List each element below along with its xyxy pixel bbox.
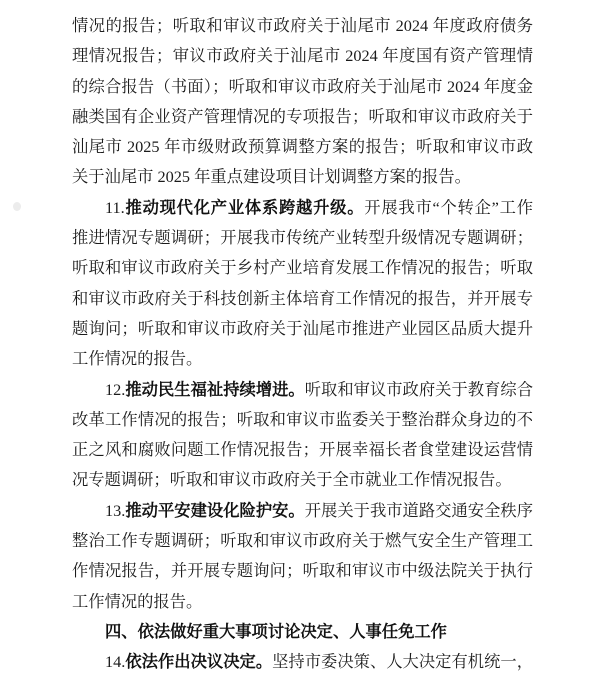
body-text: 工作情况的报告。 bbox=[72, 349, 202, 368]
text-line: 融类国有企业资产管理情况的专项报告；听取和审议市政府关于 bbox=[72, 102, 533, 132]
body-text: 听取和审议市政府关于乡村产业培育发展工作情况的报告；听取 bbox=[72, 258, 533, 277]
paragraph-item-12: 12.推动民生福祉持续增进。听取和审议市政府关于教育综合改革工作情况的报告；听取… bbox=[72, 375, 533, 496]
paragraph-reports-continuation: 情况的报告；听取和审议市政府关于汕尾市 2024 年度政府债务管理情况报告；审议… bbox=[72, 11, 533, 193]
section-heading-4: 四、依法做好重大事项讨论决定、人事任免工作 bbox=[72, 617, 533, 647]
item-number: 11. bbox=[105, 198, 125, 217]
body-text: 作情况报告，并开展专题询问；听取和审议市中级法院关于执行 bbox=[72, 561, 533, 580]
paragraph-item-13: 13.推动平安建设化险护安。开展关于我市道路交通安全秩序整治工作专题调研；听取和… bbox=[72, 496, 533, 617]
item-number: 12. bbox=[105, 380, 125, 399]
item-title: 依法作出决议决定。 bbox=[125, 652, 272, 671]
text-line: 作情况报告，并开展专题询问；听取和审议市中级法院关于执行 bbox=[72, 556, 533, 586]
body-text: 坚持市委决策、人大决定有机统一， bbox=[272, 652, 533, 671]
text-line: 关于汕尾市 2025 年重点建设项目计划调整方案的报告。 bbox=[72, 162, 533, 192]
body-text: 听取和审议市政府关于教育综合 bbox=[305, 380, 533, 399]
section-title: 四、依法做好重大事项讨论决定、人事任免工作 bbox=[105, 622, 447, 641]
body-text: 情况的报告；听取和审议市政府关于汕尾市 2024 年度政府债务管 bbox=[72, 16, 533, 41]
text-line: 和审议市政府关于科技创新主体培育工作情况的报告，并开展专 bbox=[72, 284, 533, 314]
body-text: 正之风和腐败问题工作情况报告；开展幸福长者食堂建设运营情 bbox=[72, 440, 533, 459]
item-title: 推动现代化产业体系跨越升级。 bbox=[125, 198, 365, 217]
text-line: 听取和审议市政府关于乡村产业培育发展工作情况的报告；听取 bbox=[72, 253, 533, 283]
item-title: 推动民生福祉持续增进。 bbox=[125, 380, 304, 399]
body-text: 改革工作情况的报告；听取和审议市监委关于整治群众身边的不 bbox=[72, 410, 533, 429]
body-text: 工作情况的报告。 bbox=[72, 592, 202, 611]
text-line: 推进情况专题调研；开展我市传统产业转型升级情况专题调研； bbox=[72, 223, 533, 253]
text-line: 正之风和腐败问题工作情况报告；开展幸福长者食堂建设运营情 bbox=[72, 435, 533, 465]
text-line: 况专题调研；听取和审议市政府关于全市就业工作情况报告。 bbox=[72, 465, 533, 495]
body-text: 开展我市“个转企”工作 bbox=[364, 198, 533, 217]
body-text: 况专题调研；听取和审议市政府关于全市就业工作情况报告。 bbox=[72, 470, 512, 489]
item-title: 推动平安建设化险护安。 bbox=[125, 501, 304, 520]
text-line: 情况的报告；听取和审议市政府关于汕尾市 2024 年度政府债务管 bbox=[72, 11, 533, 41]
item-number: 14. bbox=[105, 652, 125, 671]
body-text: 和审议市政府关于科技创新主体培育工作情况的报告，并开展专 bbox=[72, 289, 533, 308]
body-text: 题询问；听取和审议市政府关于汕尾市推进产业园区品质大提升 bbox=[72, 319, 533, 338]
text-line: 12.推动民生福祉持续增进。听取和审议市政府关于教育综合 bbox=[72, 375, 533, 405]
text-line: 工作情况的报告。 bbox=[72, 587, 533, 617]
item-number: 13. bbox=[105, 501, 125, 520]
text-line: 汕尾市 2025 年市级财政预算调整方案的报告；听取和审议市政府 bbox=[72, 132, 533, 162]
scan-smudge bbox=[13, 202, 21, 211]
body-text: 关于汕尾市 2025 年重点建设项目计划调整方案的报告。 bbox=[72, 167, 471, 186]
body-text: 开展关于我市道路交通安全秩序 bbox=[305, 501, 533, 520]
text-block: 情况的报告；听取和审议市政府关于汕尾市 2024 年度政府债务管理情况报告；审议… bbox=[72, 11, 533, 678]
body-text: 整治工作专题调研；听取和审议市政府关于燃气安全生产管理工 bbox=[72, 531, 533, 550]
body-text: 的综合报告（书面）；听取和审议市政府关于汕尾市 2024 年度金 bbox=[72, 77, 533, 96]
text-line: 理情况报告；审议市政府关于汕尾市 2024 年度国有资产管理情况 bbox=[72, 41, 533, 71]
body-text: 汕尾市 2025 年市级财政预算调整方案的报告；听取和审议市政府 bbox=[72, 137, 533, 162]
body-text: 融类国有企业资产管理情况的专项报告；听取和审议市政府关于 bbox=[72, 107, 533, 126]
text-line: 14.依法作出决议决定。坚持市委决策、人大决定有机统一， bbox=[72, 647, 533, 677]
paragraph-item-11: 11.推动现代化产业体系跨越升级。开展我市“个转企”工作推进情况专题调研；开展我… bbox=[72, 193, 533, 375]
text-line: 13.推动平安建设化险护安。开展关于我市道路交通安全秩序 bbox=[72, 496, 533, 526]
body-text: 理情况报告；审议市政府关于汕尾市 2024 年度国有资产管理情况 bbox=[72, 46, 533, 71]
body-text: 推进情况专题调研；开展我市传统产业转型升级情况专题调研； bbox=[72, 228, 533, 247]
text-line: 11.推动现代化产业体系跨越升级。开展我市“个转企”工作 bbox=[72, 193, 533, 223]
document-page: 情况的报告；听取和审议市政府关于汕尾市 2024 年度政府债务管理情况报告；审议… bbox=[0, 0, 600, 686]
text-line: 的综合报告（书面）；听取和审议市政府关于汕尾市 2024 年度金 bbox=[72, 72, 533, 102]
paragraph-item-14: 14.依法作出决议决定。坚持市委决策、人大决定有机统一， bbox=[72, 647, 533, 677]
text-line: 整治工作专题调研；听取和审议市政府关于燃气安全生产管理工 bbox=[72, 526, 533, 556]
text-line: 工作情况的报告。 bbox=[72, 344, 533, 374]
text-line: 改革工作情况的报告；听取和审议市监委关于整治群众身边的不 bbox=[72, 405, 533, 435]
text-line: 四、依法做好重大事项讨论决定、人事任免工作 bbox=[72, 617, 533, 647]
text-line: 题询问；听取和审议市政府关于汕尾市推进产业园区品质大提升 bbox=[72, 314, 533, 344]
